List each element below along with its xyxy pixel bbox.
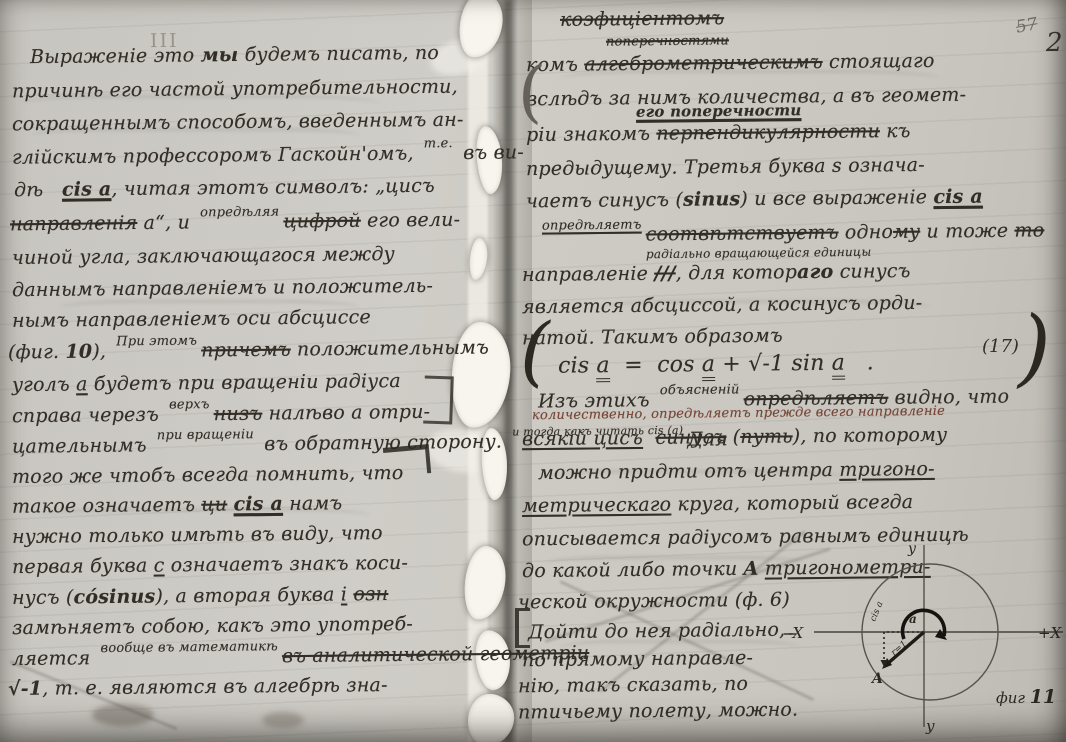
scanned-manuscript-spread: IIIВыраженіе это мы будемъ писать, попри… <box>0 0 1066 742</box>
manuscript-line: √-1, т. е. являются въ алгебрѣ зна- <box>8 674 388 700</box>
handwritten-text: даннымъ направленіемъ и положитель- <box>12 275 433 301</box>
handwritten-text: чиной угла, заключающагося между <box>12 243 395 269</box>
handwritten-text: Выраженіе это <box>30 44 201 68</box>
handwritten-text: a <box>76 373 88 395</box>
handwritten-text: sinus <box>683 188 740 211</box>
handwritten-text: предыдущему. Третья буква s означа- <box>526 154 925 180</box>
handwritten-text: синусъ <box>833 260 910 283</box>
manuscript-line: того же чтобъ всегда помнить, что <box>12 462 404 488</box>
handwritten-text: cósinus <box>73 585 155 608</box>
manuscript-line: направленіе ///, для котораго синусъ <box>522 260 911 286</box>
handwritten-text: метрическаго <box>522 493 671 517</box>
page-number-struck: 57 <box>1014 14 1039 37</box>
handwritten-text: причинѣ его частой употребительности, <box>12 76 458 103</box>
insertion-text: при вращеніи <box>157 427 254 443</box>
handwritten-text: является абсциссой, а косинусъ орди- <box>522 292 923 318</box>
handwritten-text: , для котор <box>676 261 798 284</box>
equation-paren-open: ( <box>520 306 550 395</box>
figure-caption: фиг 11 <box>996 686 1056 708</box>
handwritten-text: глійскимъ профессоромъ Гаскойн'омъ, <box>12 142 420 168</box>
handwritten-text: A <box>743 558 758 580</box>
handwritten-text: ріи знакомъ <box>526 123 657 146</box>
manuscript-line: по прямому направле- <box>522 647 753 671</box>
handwritten-text: замѣняетъ собою, какъ это употреб- <box>12 613 413 639</box>
handwritten-text: cis a <box>62 178 112 201</box>
cis-a-label: cis a <box>869 600 886 623</box>
handwritten-text: нусъ ( <box>12 586 74 609</box>
handwritten-text: того же чтобъ всегда помнить, что <box>12 462 404 488</box>
manuscript-line: чиной угла, заключающагося между <box>12 243 395 269</box>
handwritten-text: положительнымъ <box>291 336 489 360</box>
manuscript-line: нужно только имѣть въ виду, что <box>12 522 383 548</box>
strikethrough-text: коэфиціентомъ <box>560 7 724 31</box>
ink-corner-bracket-mark <box>383 444 431 477</box>
manuscript-line: замѣняетъ собою, какъ это употреб- <box>12 613 413 639</box>
insertion-text: При этомъ <box>116 334 197 350</box>
manuscript-line: дѣ cis a, читая этотъ символъ: „цисъ <box>14 175 435 201</box>
manuscript-line: коэфиціентомъ <box>560 7 724 31</box>
insertion-text: объясненій <box>660 382 740 398</box>
insertion-text: вообще въ математикѣ <box>100 639 278 656</box>
handwritten-text: a <box>702 352 716 381</box>
insertion-text: опредѣляетъ <box>542 218 642 234</box>
handwritten-text: будемъ писать, по <box>238 42 439 66</box>
manuscript-line: поперечностями <box>606 33 729 49</box>
equation-number: (17) <box>982 336 1019 357</box>
manuscript-line: нусъ (cósinus), а вторая буква i озн <box>12 583 389 609</box>
handwritten-text: натой. Такимъ образомъ <box>522 325 783 350</box>
handwritten-text: = cos <box>610 352 702 378</box>
red-ink-insertion: количественно, опредѣляетъ прежде всего … <box>532 404 945 423</box>
handwritten-text: дѣ <box>14 179 62 202</box>
handwritten-text: птичьему полету, можно. <box>518 699 798 724</box>
strikethrough-text: синусъ <box>655 426 726 449</box>
strikethrough-text: цифрой <box>283 210 361 233</box>
manuscript-line: первая буква c означаетъ знакъ коси- <box>12 552 408 578</box>
handwritten-text: означаетъ знакъ коси- <box>164 552 408 577</box>
handwritten-text: cis a <box>933 186 983 209</box>
manuscript-line: ческой окружности (ф. 6) <box>518 589 790 614</box>
strikethrough-text: причемъ <box>201 339 291 362</box>
manuscript-line: такое означаетъ ци cis a намъ <box>12 492 342 517</box>
handwritten-text: къ <box>880 120 911 142</box>
handwritten-text: нію, такъ сказать, по <box>518 673 748 697</box>
figure-11-diagram: -X +X y y A cis a r=1 a фиг 11 <box>780 535 1066 742</box>
handwritten-text: всякій цисъ <box>522 427 643 450</box>
handwritten-text: уголъ <box>12 373 76 396</box>
handwritten-text: и тоже <box>920 220 1014 243</box>
manuscript-line: количественно, опредѣляетъ прежде всего … <box>532 404 945 423</box>
manuscript-line: уголъ a будетъ при вращеніи радіуса <box>12 370 401 396</box>
manuscript-line: причинѣ его частой употребительности, <box>12 76 458 103</box>
handwritten-text: ), <box>92 340 112 362</box>
axis-label-y-top: y <box>907 541 917 557</box>
manuscript-line: натой. Такимъ образомъ <box>522 325 783 350</box>
handwritten-text: + √-1 sin <box>715 351 832 377</box>
ink-bracket-mark <box>423 376 454 425</box>
handwritten-text: можно придти отъ центра <box>538 459 839 484</box>
insertion-text: опредѣляя <box>200 205 279 221</box>
handwritten-text: cis a <box>233 493 283 516</box>
handwritten-text: ), по которому <box>793 424 948 448</box>
manuscript-line: даннымъ направленіемъ и положитель- <box>12 275 433 301</box>
handwritten-text: въ ви- <box>457 141 524 164</box>
handwritten-text: сокращеннымъ способомъ, введеннымъ ан- <box>12 109 464 136</box>
manuscript-line: чаетъ синусъ (sinus) и все выраженіе cis… <box>526 186 983 213</box>
handwritten-text: , т. е. являются въ алгебрѣ зна- <box>42 674 388 700</box>
axis-label-neg-x: -X <box>788 624 805 642</box>
handwritten-text: его вели- <box>361 209 461 232</box>
ink-smudge <box>92 704 154 726</box>
handwritten-text: 10 <box>65 341 92 363</box>
handwritten-text: налѣво а отри- <box>262 401 430 425</box>
angle-label: a <box>909 612 917 626</box>
strikethrough-text: озн <box>353 583 388 605</box>
manuscript-line: птичьему полету, можно. <box>518 699 798 724</box>
manuscript-line: нію, такъ сказать, по <box>518 673 748 697</box>
manuscript-line: (фиг. 10), При этомъпричемъ положительны… <box>8 336 489 363</box>
handwritten-text: a <box>832 351 846 380</box>
ink-paren-mark: ( <box>515 51 547 132</box>
handwritten-text: ляется <box>12 647 97 670</box>
handwritten-text: мы <box>200 44 238 66</box>
manuscript-line: справа черезъ верхънизъ налѣво а отри- <box>12 401 430 427</box>
strikethrough-text: направленія <box>10 212 138 235</box>
handwritten-text: аго <box>797 261 834 283</box>
strikethrough-text: му <box>893 221 920 243</box>
handwritten-text: ( <box>726 426 740 448</box>
handwritten-text: Дойти до нея радіально, <box>528 619 786 644</box>
insertion-text: т.е. <box>424 136 453 151</box>
handwritten-text: . <box>845 350 874 375</box>
handwritten-text: радіально вращающейся единицы <box>646 245 872 261</box>
manuscript-line: всякій цисъ синусъ (путь), по которому <box>522 424 948 450</box>
manuscript-line: глійскимъ профессоромъ Гаскойн'омъ, т.е.… <box>12 141 524 168</box>
strikethrough-text: /// <box>654 262 676 284</box>
axis-label-y-bottom: y <box>925 717 935 735</box>
strikethrough-text: поперечностями <box>606 33 729 49</box>
handwritten-text: справа черезъ <box>12 404 165 428</box>
handwritten-text: тригоно- <box>839 458 935 481</box>
handwritten-text <box>643 427 656 449</box>
point-a-label: A <box>870 671 883 687</box>
handwritten-text: цательнымъ <box>12 434 153 457</box>
manuscript-line: метрическаго круга, который всегда <box>522 491 914 517</box>
handwritten-text: стоящаго <box>823 50 935 73</box>
ink-smudge <box>262 712 304 728</box>
handwritten-text: a <box>596 353 610 382</box>
strikethrough-text: ци <box>201 493 227 515</box>
figure-caption-word: фиг <box>996 689 1030 707</box>
manuscript-line: предыдущему. Третья буква s означа- <box>526 154 925 180</box>
handwritten-text: его поперечности <box>636 101 802 121</box>
manuscript-line: cis a = cos a + √-1 sin a . <box>558 350 874 378</box>
strikethrough-text: путь <box>740 425 793 448</box>
manuscript-line: его поперечности <box>636 101 802 121</box>
handwritten-text: a“, и <box>137 211 196 234</box>
handwritten-text: чаетъ синусъ ( <box>526 189 683 213</box>
ink-opening-bracket-mark <box>515 608 530 648</box>
manuscript-line: Дойти до нея радіально, <box>528 619 786 644</box>
manuscript-line: нымъ направленіемъ оси абсциссе <box>12 306 371 332</box>
strikethrough-text: алгеброметрическимъ <box>584 51 823 75</box>
handwritten-text: по прямому направле- <box>522 647 753 671</box>
handwritten-text: одно <box>838 221 893 244</box>
strikethrough-text: то <box>1014 219 1044 241</box>
manuscript-line: сокращеннымъ способомъ, введеннымъ ан- <box>12 109 464 136</box>
manuscript-line: Выраженіе это мы будемъ писать, по <box>30 42 439 68</box>
handwritten-text: cis <box>558 353 597 378</box>
manuscript-line: ріи знакомъ перпендикулярности къ <box>526 120 911 146</box>
handwritten-text: первая буква <box>12 555 154 578</box>
manuscript-line: радіально вращающейся единицы <box>646 245 872 261</box>
handwritten-text: будетъ при вращеніи радіуса <box>88 370 401 395</box>
handwritten-text: такое означаетъ <box>12 494 202 518</box>
manuscript-line: опредѣляетъсоотвѣтствуетъ одному и тоже … <box>538 219 1045 246</box>
handwritten-text: ), а вторая буква <box>155 584 341 608</box>
handwritten-text: круга, который всегда <box>671 491 913 516</box>
manuscript-line: можно придти отъ центра тригоно- <box>538 458 935 484</box>
insertion-text: верхъ <box>169 397 210 412</box>
axis-label-pos-x: +X <box>1038 624 1063 642</box>
handwritten-text: до какой либо точки <box>522 558 744 582</box>
handwritten-text: √-1 <box>8 678 42 700</box>
page-number: 2 <box>1046 28 1063 58</box>
manuscript-line: комъ алгеброметрическимъ стоящаго <box>526 50 935 76</box>
strikethrough-text: соотвѣтствуетъ <box>646 222 839 246</box>
manuscript-line: является абсциссой, а косинусъ орди- <box>522 292 923 318</box>
handwritten-text: нужно только имѣть въ виду, что <box>12 522 383 548</box>
strikethrough-text: перпендикулярности <box>656 120 880 144</box>
handwritten-text: ) и все выраженіе <box>740 186 933 210</box>
handwritten-text: ческой окружности (ф. 6) <box>518 589 790 614</box>
handwritten-text: , читая этотъ символъ: „цисъ <box>111 175 435 200</box>
equation-paren-close: ) <box>1018 298 1051 396</box>
handwritten-text: (фиг. <box>8 341 66 364</box>
handwritten-text: направленіе <box>522 263 654 286</box>
manuscript-line: направленія a“, и опредѣляяцифрой его ве… <box>10 209 460 236</box>
handwritten-text: намъ <box>283 492 343 515</box>
figure-caption-number: 11 <box>1030 686 1056 708</box>
handwritten-text: нымъ направленіемъ оси абсциссе <box>12 306 371 332</box>
strikethrough-text: низъ <box>214 403 263 426</box>
